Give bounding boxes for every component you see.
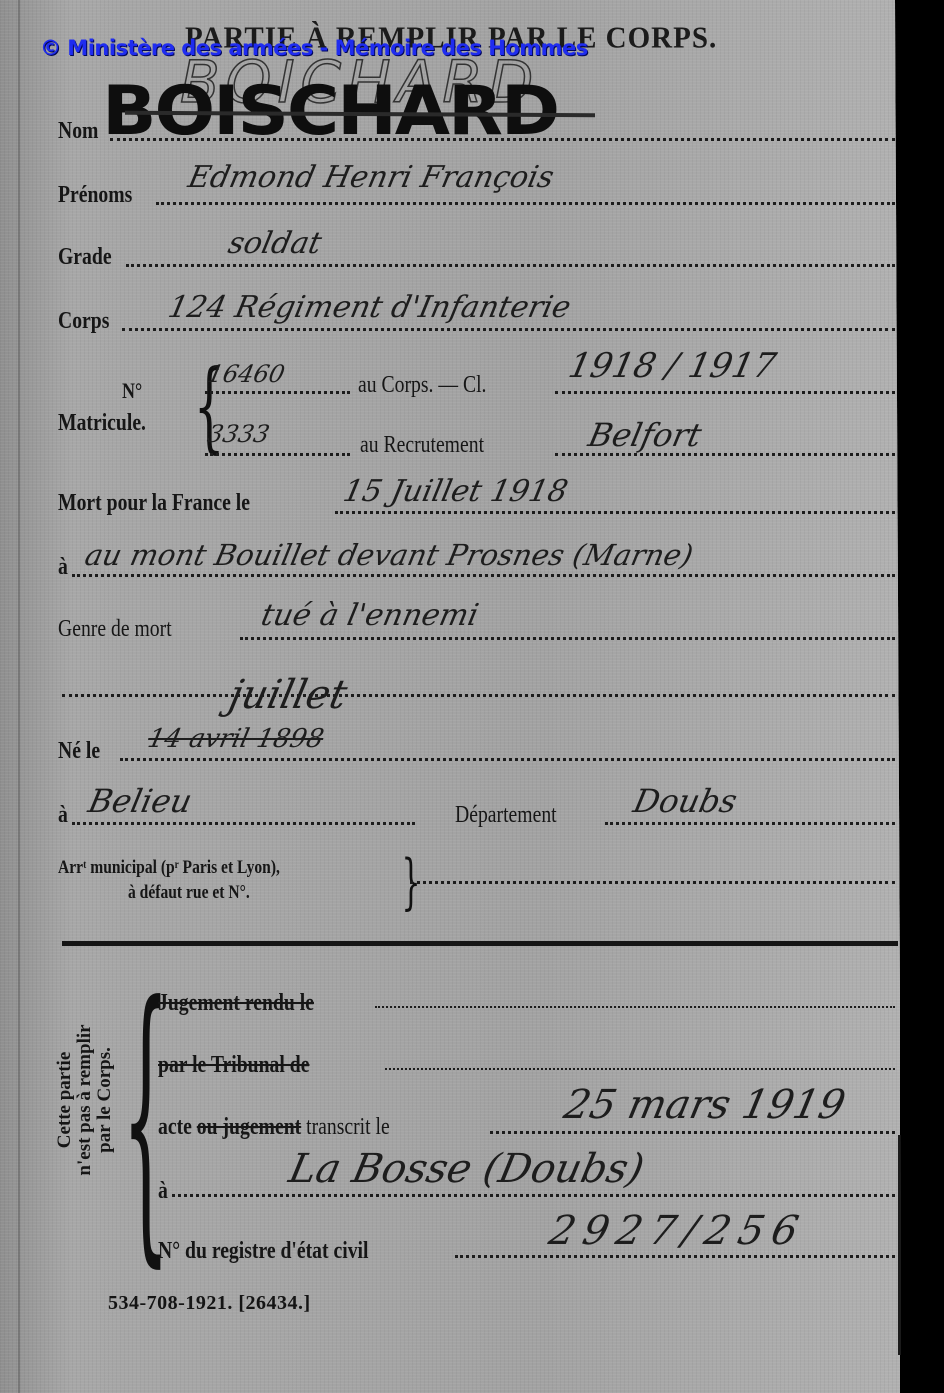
acte-label-b: transcrit le: [306, 1114, 390, 1140]
transcription-place-label: à: [158, 1178, 168, 1205]
transcription-place-line: [172, 1194, 895, 1197]
section-divider: [62, 941, 898, 946]
recrutement-place-value: Belfort: [585, 416, 705, 454]
jugement-line: [375, 1006, 895, 1008]
nom-label: Nom: [58, 118, 98, 145]
transcription-date-value: 25 mars 1919: [560, 1082, 849, 1128]
arr-label-line1: Arrᵗ municipal (pʳ Paris et Lyon),: [58, 857, 280, 879]
birth-label: Né le: [58, 738, 100, 765]
genre-label: Genre de mort: [58, 616, 172, 643]
corps-number-line: [205, 391, 350, 394]
birth-date-line: [120, 758, 895, 761]
birth-month-correction: juillet: [225, 672, 351, 718]
transcription-date-line: [490, 1131, 895, 1134]
prenoms-label: Prénoms: [58, 182, 132, 209]
grade-line: [126, 264, 895, 267]
departement-line: [605, 822, 895, 825]
print-code: 534-708-1921. [26434.]: [108, 1292, 311, 1315]
arr-line: [410, 881, 895, 884]
corps-line: [122, 328, 895, 331]
border-rule: [898, 1135, 901, 1355]
corps-classe-label: au Corps. — Cl.: [358, 372, 486, 399]
recrutement-number-value: 3333: [205, 420, 272, 448]
record-card: PARTIE À REMPLIR PAR LE CORPS. BOICHARD …: [0, 0, 900, 1393]
corps-label: Corps: [58, 308, 109, 335]
nom-line: [110, 138, 895, 141]
jugement-label: Jugement rendu le: [158, 990, 314, 1017]
recrutement-label: au Recrutement: [360, 432, 484, 459]
registre-line: [455, 1255, 895, 1258]
prenoms-line: [156, 202, 895, 205]
side-note-line2: n'est pas à remplir: [75, 985, 95, 1215]
mort-place-line: [72, 574, 895, 577]
side-note-line3: par le Corps.: [95, 985, 115, 1215]
genre-line: [240, 637, 895, 640]
birth-date-value: 14 avril 1898: [145, 724, 326, 754]
birth-place-line: [72, 822, 415, 825]
registre-label: N° du registre d'état civil: [158, 1238, 368, 1265]
acte-label: acte ou jugement transcrit le: [158, 1114, 390, 1141]
mort-place-value: au mont Bouillet devant Prosnes (Marne): [82, 538, 696, 572]
tribunal-label: par le Tribunal de: [158, 1052, 309, 1079]
blank-line: [62, 694, 895, 697]
arr-label-line2: à défaut rue et N°.: [128, 882, 250, 904]
matricule-label: Matricule.: [58, 410, 146, 437]
prenoms-value: Edmond Henri François: [185, 160, 557, 195]
acte-label-a: acte: [158, 1114, 192, 1140]
copyright-watermark: © Ministère des armées - Mémoire des Hom…: [40, 36, 588, 60]
classe-line: [555, 391, 895, 394]
tribunal-line: [385, 1068, 895, 1070]
side-note-line1: Cette partie: [55, 985, 75, 1215]
classe-value: 1918 / 1917: [565, 346, 780, 386]
mort-date-value: 15 Juillet 1918: [340, 474, 571, 509]
recrutement-number-line: [205, 453, 350, 456]
registre-number-value: 2927/256: [545, 1208, 810, 1254]
side-note: Cette partie n'est pas à remplir par le …: [55, 985, 115, 1215]
mort-place-label: à: [58, 554, 68, 581]
mort-date-line: [335, 511, 895, 514]
corps-number-value: 16460: [205, 360, 287, 388]
corps-value: 124 Régiment d'Infanterie: [165, 290, 574, 325]
birth-place-label: à: [58, 802, 68, 829]
grade-value: soldat: [225, 226, 325, 261]
transcription-place-value: La Bosse (Doubs): [285, 1146, 648, 1192]
acte-label-struck: ou jugement: [197, 1114, 301, 1140]
mort-label: Mort pour la France le: [58, 490, 250, 517]
grade-label: Grade: [58, 244, 112, 271]
genre-value: tué à l'ennemi: [258, 598, 482, 633]
margin-rule: [18, 0, 20, 1393]
departement-value: Doubs: [630, 782, 741, 820]
matricule-label-no: N°: [122, 378, 142, 404]
departement-label: Département: [455, 802, 557, 829]
birth-place-value: Belieu: [85, 782, 196, 820]
